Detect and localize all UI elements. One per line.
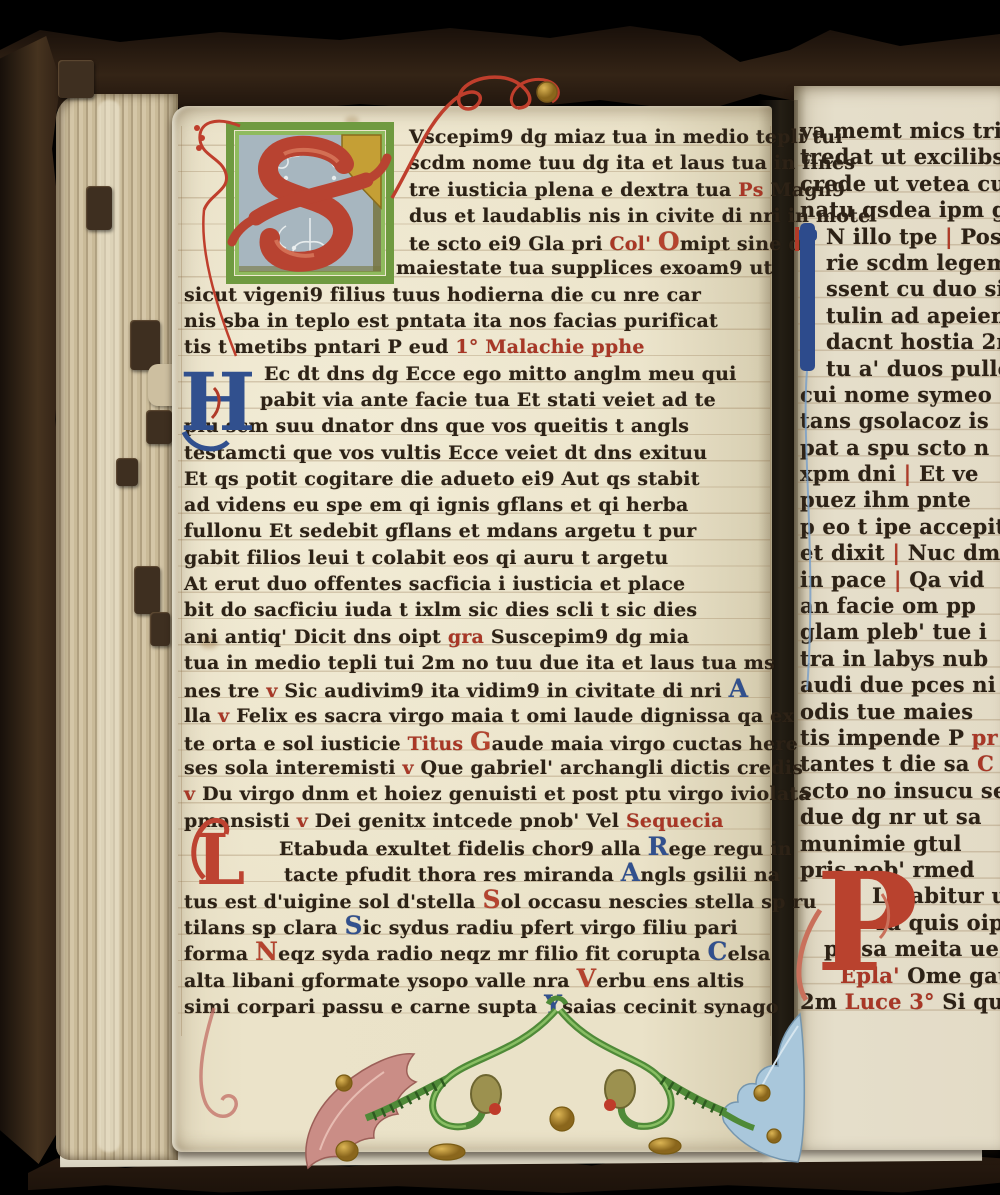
rubric-segment: | <box>892 540 907 565</box>
text-segment: ol occasu nescies stella sp ru <box>501 891 817 913</box>
text-line: ssent cu duo sic <box>800 276 1000 302</box>
leather-index-tab <box>58 60 94 98</box>
text-line: puez ihm pnte <box>800 487 1000 513</box>
text-line: tua in medio tepli tui 2m no tuu due ita… <box>184 650 770 676</box>
text-segment: tus est d'uigine sol d'stella <box>184 891 482 913</box>
text-segment: cui nome symeo <box>800 382 992 407</box>
text-segment: elsa <box>728 943 771 965</box>
text-line: Ec dt dns dg Ecce ego mitto anglm meu qu… <box>184 361 770 387</box>
text-line: nes tre v Sic audivim9 ita vidim9 in civ… <box>184 676 770 702</box>
text-segment: ege regu in <box>669 838 792 860</box>
text-line: Vscepim9 dg miaz tua in medio tepli tui <box>184 124 770 150</box>
text-segment: glam pleb' tue i <box>800 619 987 644</box>
rubric-segment: V <box>577 964 597 993</box>
text-segment: Felix es sacra virgo maia t omi laude di… <box>236 705 794 727</box>
leather-index-tab <box>134 566 160 614</box>
text-segment: testamcti que vos vultis Ecce veiet dt d… <box>184 442 707 464</box>
text-line: tre iusticia plena e dextra tua Ps Magn9 <box>184 177 770 203</box>
text-line: ya memt mics tri <box>800 118 1000 144</box>
text-line: forma Neqz syda radio neqz mr filio fit … <box>184 939 770 965</box>
text-segment: Et qs potit cogitare die adueto ei9 Aut … <box>184 468 700 490</box>
text-segment: 2m <box>800 989 845 1014</box>
leather-index-tab <box>116 458 138 486</box>
text-segment: tantes t die sa <box>800 751 977 776</box>
text-line: pat a spu scto n <box>800 435 1000 461</box>
text-segment: lla <box>184 705 218 727</box>
text-segment: scdm nome tuu dg ita et laus tua in fine… <box>409 152 855 174</box>
text-segment: natu qsdea ipm ge <box>800 197 1000 222</box>
text-line: ra quis oip <box>800 910 1000 936</box>
text-line: nis sba in teplo est pntata ita nos faci… <box>184 308 770 334</box>
text-segment: simi corpari passu e carne supta <box>184 996 544 1018</box>
text-line: cui nome symeo <box>800 382 1000 408</box>
text-segment: Letabitur u <box>872 883 1000 908</box>
rubric-segment: v <box>184 783 202 805</box>
text-line: 2m Luce 3° Si qu <box>800 989 1000 1015</box>
text-segment: At erut duo offentes sacficia i iusticia… <box>184 573 685 595</box>
text-segment: xpm dni <box>800 461 904 486</box>
text-segment: bit do sacficiu iuda t ixlm sic dies scl… <box>184 599 697 621</box>
text-segment: erbu ens altis <box>596 970 744 992</box>
text-segment: ngls gsilii na <box>640 864 780 886</box>
text-segment: Que gabriel' archangli dictis credis <box>421 757 804 779</box>
text-segment: ssent cu duo sic <box>826 276 1000 301</box>
text-line: scto no insucu se <box>800 778 1000 804</box>
text-line: tu a' duos pullo <box>800 356 1000 382</box>
text-segment: in pace <box>800 567 894 592</box>
text-line: testamcti que vos vultis Ecce veiet dt d… <box>184 440 770 466</box>
text-line: Et qs potit cogitare die adueto ei9 Aut … <box>184 466 770 492</box>
text-segment: tis t metibs pntari P eud <box>184 336 455 358</box>
text-line: N illo tpe | Postq <box>800 224 1000 250</box>
rubric-segment: Luce 3° <box>845 989 943 1014</box>
text-segment: Etabuda exultet fidelis chor9 alla <box>279 838 648 860</box>
text-segment: gabit filios leui t colabit eos qi auru … <box>184 547 668 569</box>
text-line: glam pleb' tue i <box>800 619 1000 645</box>
text-segment: eqz syda radio neqz mr filio fit corupta <box>278 943 707 965</box>
text-segment: puez ihm pnte <box>800 487 971 512</box>
text-line: simi corpari passu e carne supta Ysaias … <box>184 992 770 1018</box>
text-segment: ic sydus radiu pfert virgo filiu pari <box>363 917 738 939</box>
leather-index-tab <box>130 320 160 370</box>
text-segment: mipt sine dg <box>680 233 815 255</box>
rubric-segment: 1° Malachie pphe <box>455 336 644 358</box>
rubric-segment: pr <box>972 725 998 750</box>
text-line: pmansisti v Dei genitx intcede pnob' Vel… <box>184 808 770 834</box>
text-line: pris nob' rmed <box>800 857 1000 883</box>
text-line: tis t metibs pntari P eud 1° Malachie pp… <box>184 334 770 360</box>
text-segment: Nuc dm <box>908 540 1000 565</box>
text-line: rie scdm legem <box>800 250 1000 276</box>
text-line: te orta e sol iusticie Titus Gaude maia … <box>184 729 770 755</box>
text-line: bit do sacficiu iuda t ixlm sic dies scl… <box>184 597 770 623</box>
text-segment: ses sola interemisti <box>184 757 402 779</box>
text-line: natu qsdea ipm ge <box>800 197 1000 223</box>
text-line: in pace | Qa vid <box>800 567 1000 593</box>
text-line: p eo t ipe accepit <box>800 514 1000 540</box>
rubric-segment: Sequecia <box>626 810 724 832</box>
text-line: ad videns eu spe em qi ignis gflans et q… <box>184 492 770 518</box>
rubric-segment: Y <box>544 990 562 1019</box>
text-segment: ani antiq' Dicit dns oipt <box>184 626 448 648</box>
text-line: an facie om pp <box>800 593 1000 619</box>
text-line: tilans sp clara Sic sydus radiu pfert vi… <box>184 913 770 939</box>
text-segment: nes tre <box>184 680 266 702</box>
rubric-segment: S <box>344 911 362 940</box>
rubric-segment: Col' <box>609 233 657 255</box>
text-line: dus et laudablis nis in civite di nri in… <box>184 203 770 229</box>
text-segment: Postq <box>960 224 1000 249</box>
text-line: dacnt hostia 2m <box>800 329 1000 355</box>
text-segment: alta libani gformate ysopo valle nra <box>184 970 577 992</box>
text-line: tis impende P pr <box>800 725 1000 751</box>
rubric-segment: N <box>255 937 278 966</box>
text-line: scdm nome tuu dg ita et laus tua in fine… <box>184 150 770 176</box>
text-segment: Vscepim9 dg miaz tua in medio tepli tui <box>409 126 843 148</box>
text-segment: tilans sp clara <box>184 917 344 939</box>
text-segment: maiestate tua supplices exoam9 ut <box>396 257 773 279</box>
rubric-segment: Titus <box>408 733 470 755</box>
text-line: At erut duo offentes sacficia i iusticia… <box>184 571 770 597</box>
rubric-segment: A <box>621 858 641 887</box>
text-segment: scto no insucu se <box>800 778 1000 803</box>
text-line: et dixit | Nuc dm <box>800 540 1000 566</box>
text-segment: pat a spu scto n <box>800 435 989 460</box>
text-line: fullonu Et sedebit gflans et mdans arget… <box>184 518 770 544</box>
text-line: gabit filios leui t colabit eos qi auru … <box>184 545 770 571</box>
rubric-segment: gra <box>448 626 491 648</box>
text-line: plosa meita ue <box>800 936 1000 962</box>
text-segment: Qa vid <box>909 567 984 592</box>
text-line: audi due pces ni <box>800 672 1000 698</box>
text-segment: aude maia virgo cuctas here <box>492 733 798 755</box>
text-segment: ra quis oip <box>876 910 1000 935</box>
text-line: odis tue maies <box>800 699 1000 725</box>
rubric-segment: S <box>482 885 500 914</box>
text-line: alta libani gformate ysopo valle nra Ver… <box>184 966 770 992</box>
margin-rule-left <box>181 126 182 1036</box>
text-segment: pmansisti <box>184 810 297 832</box>
rubric-segment: v <box>266 680 284 702</box>
text-line: pabit via ante facie tua Et stati veiet … <box>184 387 770 413</box>
text-segment: tra in labys nub <box>800 646 988 671</box>
text-line: Letabitur u <box>800 883 1000 909</box>
text-segment: Suscepim9 dg mia <box>491 626 689 648</box>
text-segment: nis sba in teplo est pntata ita nos faci… <box>184 310 718 332</box>
rubric-segment: | <box>904 461 919 486</box>
text-line: lla v Felix es sacra virgo maia t omi la… <box>184 703 770 729</box>
text-segment: Sic audivim9 ita vidim9 in civitate di n… <box>284 680 728 702</box>
text-segment: et dixit <box>800 540 892 565</box>
text-segment: te orta e sol iusticie <box>184 733 408 755</box>
text-line: sicut vigeni9 filius tuus hodierna die c… <box>184 282 770 308</box>
rubric-segment: Ps <box>738 179 763 201</box>
rubric-segment: v <box>218 705 236 727</box>
text-segment: tis impende P <box>800 725 972 750</box>
text-line: te scto ei9 Gla pri Col' Omipt sine dg <box>184 229 770 255</box>
text-segment: odis tue maies <box>800 699 973 724</box>
text-segment: due dg nr ut sa <box>800 804 982 829</box>
text-line: tus est d'uigine sol d'stella Sol occasu… <box>184 887 770 913</box>
manuscript-photo: Vscepim9 dg miaz tua in medio tepli tuis… <box>0 0 1000 1195</box>
left-text-block: Vscepim9 dg miaz tua in medio tepli tuis… <box>184 124 770 1018</box>
text-segment: Dei genitx intcede pnob' Vel <box>315 810 626 832</box>
text-line: ses sola interemisti v Que gabriel' arch… <box>184 755 770 781</box>
text-line: plu scm suu dnator dns que vos queitis t… <box>184 413 770 439</box>
text-segment: Ome gau <box>907 963 1000 988</box>
text-segment: tre iusticia plena e dextra tua <box>409 179 738 201</box>
text-segment: tredat ut excilibs s <box>800 144 1000 169</box>
text-segment: pabit via ante facie tua Et stati veiet … <box>260 389 716 411</box>
text-line: tans gsolacoz is <box>800 408 1000 434</box>
text-segment: an facie om pp <box>800 593 976 618</box>
text-segment: Si qu <box>942 989 1000 1014</box>
rubric-segment: G <box>470 727 492 756</box>
text-segment: tu a' duos pullo <box>826 356 1000 381</box>
text-segment: tacte pfudit thora res miranda <box>284 864 621 886</box>
text-line: tulin ad apeien <box>800 303 1000 329</box>
text-line: xpm dni | Et ve <box>800 461 1000 487</box>
text-segment: tans gsolacoz is <box>800 408 989 433</box>
text-segment: saias cecinit synago <box>562 996 779 1018</box>
text-line: Etabuda exultet fidelis chor9 alla Rege … <box>184 834 770 860</box>
text-segment: crede ut vetea cur <box>800 171 1000 196</box>
text-segment: fullonu Et sedebit gflans et mdans arget… <box>184 520 696 542</box>
leather-index-tab <box>86 186 112 230</box>
rubric-segment: Epla' <box>840 963 907 988</box>
text-segment: munimie gtul <box>800 831 962 856</box>
text-line: tredat ut excilibs s <box>800 144 1000 170</box>
text-segment: forma <box>184 943 255 965</box>
right-text-block: ya memt mics tritredat ut excilibs scred… <box>800 118 1000 1015</box>
text-line: due dg nr ut sa <box>800 804 1000 830</box>
rubric-segment: | <box>945 224 960 249</box>
text-segment: p eo t ipe accepit <box>800 514 1000 539</box>
text-segment: ad videns eu spe em qi ignis gflans et q… <box>184 494 689 516</box>
fore-edge-highlight <box>98 100 120 1152</box>
text-line: crede ut vetea cur <box>800 171 1000 197</box>
text-segment: dacnt hostia 2m <box>826 329 1000 354</box>
text-segment: Du virgo dnm et hoiez genuisti et post p… <box>202 783 811 805</box>
text-line: munimie gtul <box>800 831 1000 857</box>
text-segment: plu scm suu dnator dns que vos queitis t… <box>184 415 689 437</box>
text-segment: pris nob' rmed <box>800 857 975 882</box>
text-segment: audi due pces ni <box>800 672 996 697</box>
leather-index-tab <box>146 410 172 444</box>
text-line: ani antiq' Dicit dns oipt gra Suscepim9 … <box>184 624 770 650</box>
text-line: tra in labys nub <box>800 646 1000 672</box>
text-segment: sicut vigeni9 filius tuus hodierna die c… <box>184 284 701 306</box>
text-line: tacte pfudit thora res miranda Angls gsi… <box>184 860 770 886</box>
text-segment: rie scdm legem <box>826 250 1000 275</box>
text-segment: Ec dt dns dg Ecce ego mitto anglm meu qu… <box>264 363 737 385</box>
text-segment: plosa meita ue <box>824 936 999 961</box>
rubric-segment: v <box>402 757 420 779</box>
text-segment: tulin ad apeien <box>826 303 1000 328</box>
text-segment: tua in medio tepli tui 2m no tuu due ita… <box>184 652 775 674</box>
rubric-segment: R <box>648 832 669 861</box>
text-line: v Du virgo dnm et hoiez genuisti et post… <box>184 781 770 807</box>
rubric-segment: C <box>977 751 994 776</box>
text-segment: N illo tpe <box>826 224 945 249</box>
rubric-segment: v <box>297 810 315 832</box>
leather-index-tab <box>150 612 170 646</box>
rubric-segment: | <box>894 567 909 592</box>
text-segment: Et ve <box>919 461 979 486</box>
rubric-segment: A <box>729 674 749 703</box>
rubric-segment: O <box>658 227 680 256</box>
text-line: tantes t die sa C <box>800 751 1000 777</box>
text-line: Epla' Ome gau <box>800 963 1000 989</box>
text-segment: te scto ei9 Gla pri <box>409 233 609 255</box>
rubric-segment: C <box>707 937 727 966</box>
text-segment: ya memt mics tri <box>800 118 1000 143</box>
text-line: maiestate tua supplices exoam9 ut <box>184 255 770 281</box>
